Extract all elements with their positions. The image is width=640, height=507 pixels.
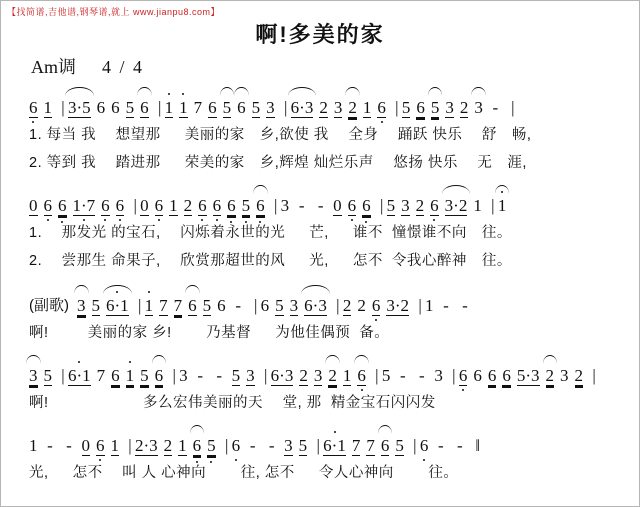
bar-line: |: [133, 196, 137, 215]
note-token: 5: [242, 196, 251, 216]
octave-dot-below: [196, 461, 198, 463]
note-token: 2: [328, 366, 337, 386]
note-token: 2: [546, 366, 555, 386]
note-token: 3: [77, 296, 86, 316]
note-token: 5·3: [517, 366, 540, 386]
note-token: 6: [101, 196, 110, 216]
score-system: 61|3·56656|11765653|6·323216|565323-|1. …: [29, 85, 631, 177]
note-token: 7: [352, 436, 361, 456]
slur-arc: [137, 87, 152, 96]
notation-row: 61|3·56656|11765653|6·323216|565323-|: [29, 85, 631, 121]
lyric-row: 1. 那发光 的宝石, 闪烁着永世的光 芒, 谁不 憧憬谁不向 往。: [29, 219, 631, 247]
note-token: 1: [111, 436, 120, 456]
bar-line: |: [491, 196, 495, 215]
note-token: 6: [213, 196, 222, 216]
note-token: 6: [430, 196, 439, 216]
note-token: 6: [140, 98, 149, 118]
note-token: 6·3: [291, 98, 314, 118]
bar-line: |: [395, 98, 399, 117]
lyric-row: 2. 尝那生 命果子, 欣赏那超世的风 光, 怎不 令我心醉神 往。: [29, 247, 631, 275]
note-token: 3: [281, 196, 290, 215]
note-token: 6: [58, 196, 67, 216]
note-token: 6: [459, 366, 468, 386]
note-token: 6·3: [304, 296, 327, 316]
slur-arc: [325, 355, 340, 364]
note-token: 6: [193, 436, 202, 456]
bar-line: |: [172, 366, 176, 385]
note-token: 5: [140, 366, 149, 386]
note-token: 5: [207, 436, 216, 456]
notation-row: 1--061|2·32165|6--35|6·17765|6--‖: [29, 423, 631, 459]
note-token: 5: [299, 436, 308, 456]
bar-line: |: [254, 296, 258, 315]
bar-line: |: [158, 98, 162, 117]
note-token: 6: [473, 366, 482, 385]
notation-row: (副歌)356·1|177656-|6536·3|2263·2|1--: [29, 281, 631, 319]
note-token: 1·7: [73, 196, 96, 216]
note-token: 1: [126, 366, 135, 386]
slur-arc: [103, 285, 132, 294]
note-token: 1: [44, 98, 53, 118]
note-token: -: [246, 436, 259, 455]
octave-dot-below: [381, 121, 383, 123]
lyric-row: 啊! 多么宏伟美丽的天 堂, 那 精金宝石闪闪发: [29, 389, 631, 417]
note-token: 2: [319, 98, 328, 118]
note-token: 1: [425, 296, 434, 315]
bar-line: |: [284, 98, 288, 117]
bar-line: |: [592, 366, 596, 385]
note-token: 7: [366, 436, 375, 456]
bar-line: |: [380, 196, 384, 215]
bar-line: |: [511, 98, 515, 117]
note-token: -: [453, 436, 466, 455]
note-token: 5: [275, 296, 284, 316]
octave-dot-above: [148, 291, 150, 293]
slur-arc: [354, 355, 369, 364]
note-token: 6: [188, 296, 197, 316]
note-token: 6: [97, 98, 106, 117]
octave-dot-above: [78, 361, 80, 363]
slur-arc: [378, 425, 393, 434]
note-token: 5: [203, 296, 212, 316]
note-token: 2: [416, 196, 425, 216]
sheet-music-page: 【找简谱,吉他谱,钢琴谱,就上 www.jianpu8.com】 啊!多美的家 …: [0, 0, 640, 507]
note-token: 6: [261, 296, 270, 315]
note-token: 3: [29, 366, 38, 386]
note-token: 6: [111, 366, 120, 386]
note-token: 5: [387, 196, 396, 216]
page-title: 啊!多美的家: [1, 18, 639, 49]
note-token: 0: [333, 196, 342, 216]
slur-arc: [152, 355, 167, 364]
note-token: 3: [474, 98, 483, 117]
note-token: 1: [178, 436, 187, 456]
note-token: 2: [299, 366, 308, 386]
lyric-row: 光, 怎不 叫 人 心神向 往, 怎不 令人心神向 往。: [29, 459, 631, 487]
note-token: 1: [473, 196, 482, 215]
lyric-row: 啊! 美丽的家 乡! 乃基督 为他佳偶预 备。: [29, 319, 631, 347]
note-token: -: [415, 366, 428, 385]
octave-dot-above: [168, 93, 170, 95]
note-token: 1: [343, 366, 352, 386]
note-token: 3: [334, 98, 343, 118]
note-token: 6: [29, 98, 38, 118]
bar-line: |: [418, 296, 422, 315]
note-token: 6: [208, 98, 217, 118]
slur-arc: [253, 185, 268, 194]
note-token: 3: [284, 436, 293, 456]
note-token: 5: [395, 436, 404, 456]
bar-line: |: [138, 296, 142, 315]
slur-arc: [543, 355, 558, 364]
note-token: -: [434, 436, 447, 455]
note-token: 6: [362, 196, 371, 216]
octave-dot-below: [235, 459, 237, 461]
slur-arc: [288, 87, 317, 96]
bar-line: |: [61, 366, 65, 385]
note-token: 6: [232, 436, 241, 455]
note-token: -: [396, 366, 409, 385]
note-token: 6·1: [323, 436, 346, 456]
slur-arc: [471, 87, 486, 96]
octave-dot-below: [119, 219, 121, 221]
note-token: 2: [184, 196, 193, 216]
bar-line: |: [61, 98, 65, 117]
note-token: 0: [140, 196, 149, 216]
note-token: 7: [174, 296, 183, 316]
note-token: 1: [363, 98, 372, 118]
bar-line: ‖: [475, 436, 480, 455]
note-token: 6: [217, 296, 226, 315]
note-token: 6: [416, 98, 425, 118]
bar-line: |: [128, 436, 132, 455]
score-system: 35|6·176156|3--53|6·323216|5--3|66665·32…: [29, 353, 631, 417]
note-token: 2·3: [135, 436, 158, 456]
note-token: 7: [97, 366, 106, 385]
note-token: 6: [420, 436, 429, 455]
note-token: 3: [314, 366, 323, 386]
note-token: -: [440, 296, 453, 315]
octave-dot-below: [216, 219, 218, 221]
score-system: (副歌)356·1|177656-|6536·3|2263·2|1--啊! 美丽…: [29, 281, 631, 347]
note-token: -: [213, 366, 226, 385]
lyric-row: 2. 等到 我 踏进那 荣美的家 乡,辉煌 灿烂乐声 悠扬 快乐 无 涯,: [29, 149, 631, 177]
note-token: 3·2: [445, 196, 468, 216]
note-token: 3: [290, 296, 299, 316]
slur-arc: [428, 87, 443, 96]
note-token: -: [295, 196, 308, 215]
score-system: 1--061|2·32165|6--35|6·17765|6--‖光, 怎不 叫…: [29, 423, 631, 487]
watermark-text: 【找简谱,吉他谱,钢琴谱,就上 www.jianpu8.com】: [1, 1, 639, 18]
score-system: 0661·766|061266656|3--066|53263·21|11. 那…: [29, 183, 631, 275]
octave-dot-above: [129, 361, 131, 363]
note-token: 2: [164, 436, 173, 456]
note-token: 5: [92, 296, 101, 316]
note-token: 5: [44, 366, 53, 386]
slur-arc: [495, 185, 510, 194]
note-token: 3: [401, 196, 410, 216]
slur-arc: [220, 87, 235, 96]
note-token: 5: [252, 98, 261, 118]
note-token: 1: [179, 98, 188, 118]
note-token: 6: [357, 366, 366, 386]
note-token: -: [489, 98, 502, 117]
bar-line: |: [225, 436, 229, 455]
note-token: -: [44, 436, 57, 455]
octave-dot-above: [182, 93, 184, 95]
note-token: 6: [237, 98, 246, 117]
note-token: 3·5: [68, 98, 91, 118]
octave-dot-below: [361, 389, 363, 391]
note-token: 7: [159, 296, 168, 316]
note-token: -: [265, 436, 278, 455]
octave-dot-below: [47, 219, 49, 221]
note-token: 3: [266, 98, 275, 118]
slur-arc: [185, 285, 200, 294]
slur-arc: [345, 87, 360, 96]
note-token: 2: [348, 98, 357, 118]
note-token: 1: [169, 196, 178, 216]
note-token: 6: [381, 436, 390, 456]
note-token: 6·1: [68, 366, 91, 386]
note-token: 5: [232, 366, 241, 386]
note-token: 6·3: [271, 366, 294, 386]
key-time-row: Am调4 / 4: [31, 53, 639, 79]
note-token: 1: [498, 196, 507, 215]
note-token: 6·1: [106, 296, 129, 316]
note-token: 3: [246, 366, 255, 386]
bar-line: |: [413, 436, 417, 455]
note-token: 6: [227, 196, 236, 216]
bar-line: |: [452, 366, 456, 385]
octave-dot-below: [158, 219, 160, 221]
note-token: 6: [256, 196, 265, 216]
slur-arc: [442, 185, 471, 194]
time-signature: 4 / 4: [102, 57, 144, 77]
note-token: 3: [434, 366, 443, 385]
note-token: 3: [560, 366, 569, 385]
note-token: 6: [155, 196, 164, 216]
slur-arc: [65, 87, 94, 96]
octave-dot-below: [245, 221, 247, 223]
note-token: -: [314, 196, 327, 215]
octave-dot-above: [334, 431, 336, 433]
slur-arc: [301, 285, 330, 294]
note-token: 7: [194, 98, 203, 117]
bar-line: |: [264, 366, 268, 385]
bar-line: |: [274, 196, 278, 215]
note-token: 6: [44, 196, 53, 216]
slur-arc: [234, 87, 249, 96]
bar-line: |: [336, 296, 340, 315]
note-token: 6: [116, 196, 125, 216]
note-token: 6: [488, 366, 497, 386]
note-token: 2: [343, 296, 352, 316]
note-token: 0: [29, 196, 38, 216]
note-token: -: [232, 296, 245, 315]
bar-line: |: [316, 436, 320, 455]
note-token: 5: [382, 366, 391, 385]
slur-arc: [26, 355, 41, 364]
note-token: 3: [179, 366, 188, 385]
note-token: 5: [126, 98, 135, 118]
note-token: 2: [357, 296, 366, 315]
key-signature: Am调: [31, 57, 76, 77]
slur-arc: [190, 425, 205, 434]
score-lines: 61|3·56656|11765653|6·323216|565323-|1. …: [29, 85, 631, 487]
note-token: 1: [145, 296, 154, 316]
note-token: 6: [198, 196, 207, 216]
octave-dot-below: [351, 219, 353, 221]
note-token: 6: [96, 436, 105, 456]
note-token: 6: [111, 98, 120, 117]
note-token: 1: [165, 98, 174, 118]
note-token: -: [194, 366, 207, 385]
note-token: 6: [372, 296, 381, 316]
notation-row: 35|6·176156|3--53|6·323216|5--3|66665·32…: [29, 353, 631, 389]
note-token: 5: [223, 98, 232, 118]
octave-dot-below: [83, 219, 85, 221]
note-token: 2: [460, 98, 469, 118]
note-token: 5: [402, 98, 411, 118]
note-token: 0: [82, 436, 91, 456]
note-token: 2: [575, 366, 584, 386]
note-token: 6: [155, 366, 164, 386]
chorus-label: (副歌): [29, 297, 69, 314]
note-token: -: [63, 436, 76, 455]
note-token: 6: [348, 196, 357, 216]
slur-arc: [74, 285, 89, 294]
bar-line: |: [375, 366, 379, 385]
note-token: 1: [29, 436, 38, 455]
note-token: 3: [445, 98, 454, 118]
note-token: 5: [431, 98, 440, 118]
notation-row: 0661·766|061266656|3--066|53263·21|1: [29, 183, 631, 219]
note-token: 6: [377, 98, 386, 118]
note-token: 3·2: [386, 296, 409, 316]
note-token: 6: [502, 366, 511, 386]
lyric-row: 1. 每当 我 想望那 美丽的家 乡,欲使 我 全身 踊跃 快乐 舒 畅,: [29, 121, 631, 149]
note-token: -: [459, 296, 472, 315]
